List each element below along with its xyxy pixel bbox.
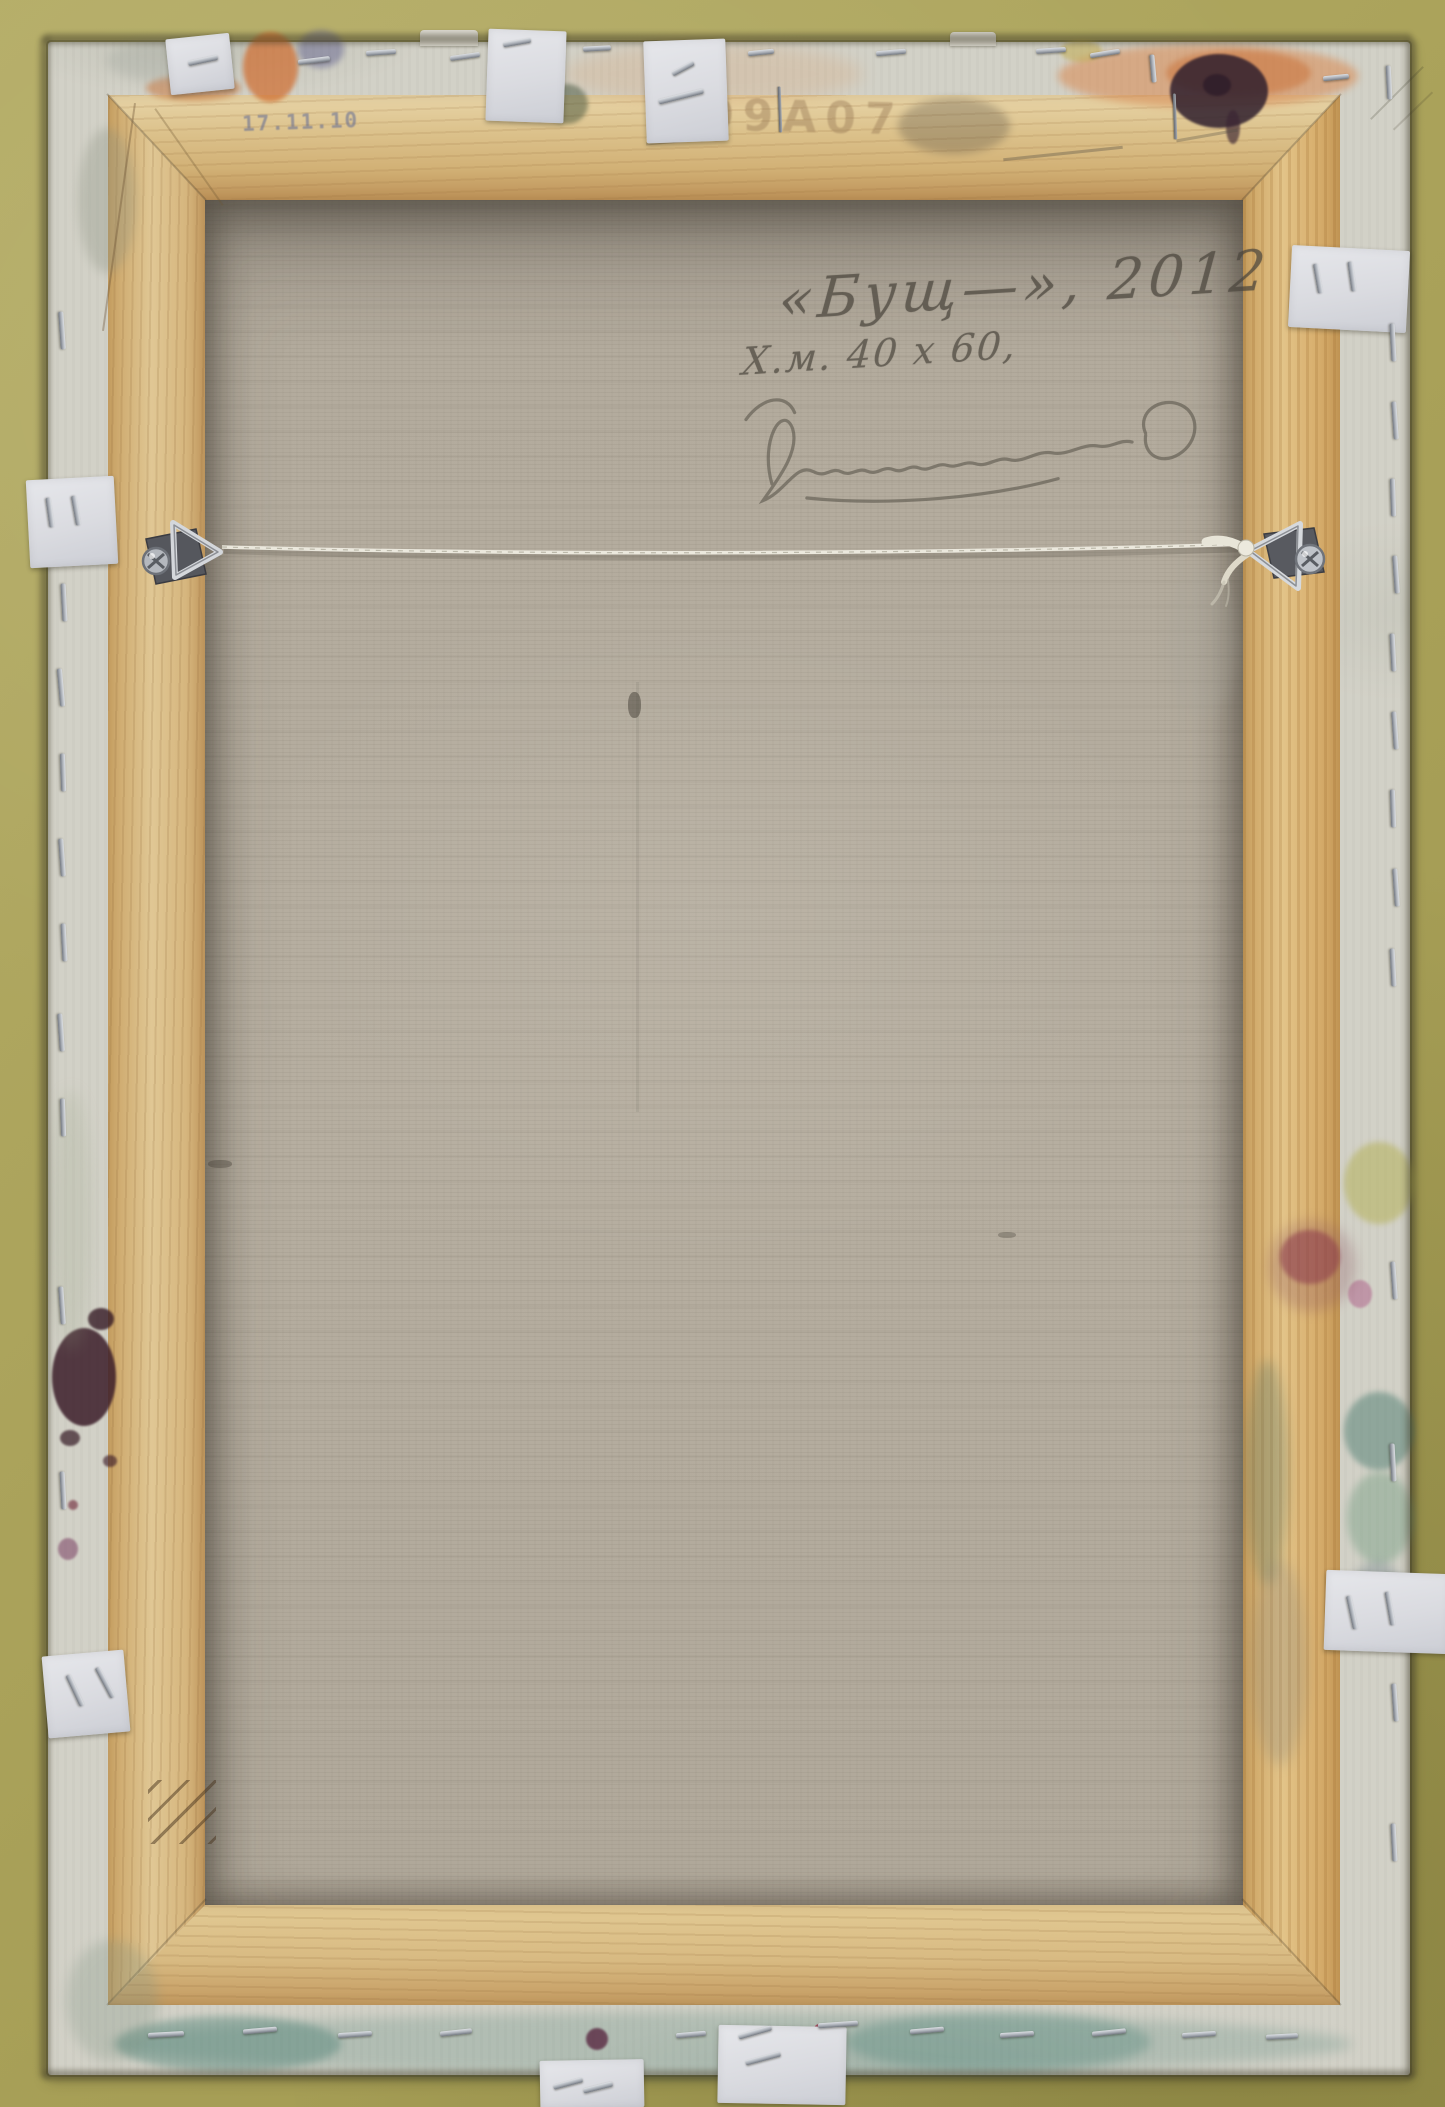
paper-tab-left-upper — [26, 476, 118, 568]
canvas-stretcher-assembly: 17.11.10 09А07 «Бущ—», 2012 Х.м. 40 х 60… — [48, 42, 1410, 2075]
paper-tab-bottom-left — [540, 2059, 645, 2107]
cord-knot-wrap — [1224, 554, 1248, 582]
cord-fray-1 — [1212, 582, 1224, 604]
hanging-hardware — [48, 42, 1410, 2075]
cord-fray-2 — [1226, 580, 1229, 606]
photo-back-of-framed-painting: 17.11.10 09А07 «Бущ—», 2012 Х.м. 40 х 60… — [0, 0, 1445, 2107]
cord-knot — [1238, 540, 1254, 556]
paper-tab-bottom-center — [717, 2025, 846, 2105]
d-ring-hanger-left — [143, 523, 220, 584]
paper-tab-right-lower — [1324, 1570, 1445, 1654]
paper-tab-left-lower — [42, 1650, 131, 1739]
d-ring-hanger-right — [1206, 524, 1324, 606]
paper-tab-right-upper — [1288, 245, 1410, 333]
paper-tab-top-1 — [165, 33, 235, 95]
paper-tab-top-3 — [643, 39, 729, 144]
